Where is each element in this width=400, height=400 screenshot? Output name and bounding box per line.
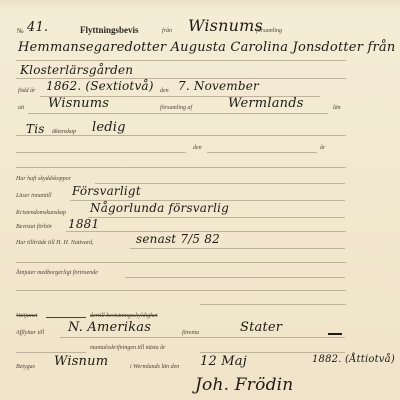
betygas-label: Betygas: [16, 364, 35, 370]
birth-parish: Wisnums: [48, 96, 109, 111]
nattvard-value: senast 7/5 82: [136, 232, 220, 246]
strike-line: [46, 317, 86, 318]
rule-marriage: [16, 135, 346, 136]
den-label-2: den: [193, 145, 202, 151]
struck-label-2: dertill bevistningsskyldighet: [90, 313, 158, 319]
issue-place: Wisnum: [54, 354, 108, 369]
aktenskap-label: äktenskap: [52, 129, 76, 135]
civil-status: ledig: [92, 120, 126, 135]
rule-afflyttar: [60, 337, 345, 338]
uti-label: uti: [18, 105, 24, 111]
rule-line1: [16, 60, 346, 61]
civil-prefix: Tis: [26, 122, 45, 136]
number-prefix: №: [17, 27, 24, 35]
destination-2: Stater: [240, 320, 282, 335]
rule-den-left: [16, 152, 186, 153]
afflyttar-label: Afflyttar till: [16, 330, 44, 336]
kristendom-label: Kristendomskunskap: [16, 210, 66, 216]
struck-label-1: Vaiijanet: [16, 313, 37, 319]
document-title: Flyttningsbevis: [80, 25, 139, 35]
birth-year: 1862. (Sextiotvå): [46, 79, 154, 93]
bevistat-label: Bevistat förhör: [16, 224, 52, 230]
lan-label: län: [333, 105, 341, 111]
forenta-prefix: förenta: [182, 330, 199, 336]
rule-blank: [16, 167, 346, 168]
atnjuter-label: Åtnjuter medborgerligt förtroende: [16, 270, 98, 276]
fodd-label: född år: [18, 88, 36, 94]
rule-blank-2: [16, 262, 346, 263]
county: Wermlands: [228, 96, 304, 111]
laser-label: Läser innantill: [16, 193, 52, 199]
destination: N. Amerikas: [68, 320, 151, 335]
person-line2: Klosterlärsgården: [20, 63, 133, 77]
rule-nattvard: [130, 248, 345, 249]
birth-date: 7. November: [178, 79, 259, 93]
rule-uti: [28, 113, 328, 114]
rule-atnjuter: [125, 277, 345, 278]
bevistat-value: 1881: [68, 217, 99, 231]
forsamling-label: församling: [256, 28, 282, 34]
kristendom-value: Någorlunda försvarlig: [90, 201, 229, 215]
dash-mark: [328, 333, 342, 335]
rule-kristendom: [88, 217, 345, 218]
fran-label: från: [162, 28, 172, 34]
laser-value: Försvarligt: [72, 184, 141, 198]
den-label: den: [160, 88, 169, 94]
rule-blank-4: [200, 304, 346, 305]
nattvard-label: Har tillträde till H. H. Nattvard,: [16, 240, 93, 246]
page-top-edge: [0, 0, 400, 8]
parish-from: Wisnums: [188, 16, 263, 35]
rule-mantals-right: [200, 352, 345, 353]
ar-label: år: [320, 145, 325, 151]
rule-mantals-left: [16, 352, 86, 353]
person-line1: Hemmansegaredotter Augusta Carolina Jons…: [18, 40, 395, 55]
skyddskoppor-label: Har haft skyddskoppor: [16, 176, 71, 182]
mantals-label: mantalsskrifningen till nästa år: [90, 345, 166, 351]
forsamling-af-label: församling af: [160, 105, 192, 111]
issue-year: 1882. (Åttiotvå): [312, 354, 395, 365]
signature: Joh. Frödin: [195, 375, 293, 395]
issue-date: 12 Maj: [200, 354, 247, 369]
i-wermlands-label: i Wermlands län den: [130, 364, 179, 370]
rule-blank-3: [16, 290, 346, 291]
document-number: 41.: [27, 20, 48, 35]
rule-den-right: [207, 152, 317, 153]
